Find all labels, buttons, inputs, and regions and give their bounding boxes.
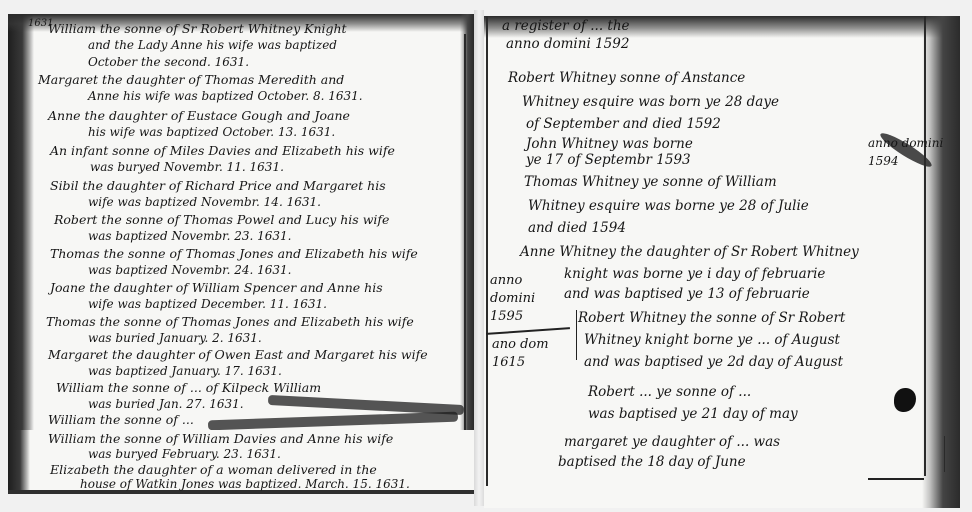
entry-line: was buried Jan. 27. 1631. [88,397,244,411]
entry-line: Margaret the daughter of Thomas Meredith… [38,72,344,87]
entry-line: Whitney esquire was born ye 28 daye [522,94,779,110]
left-page: 1631. William the sonne of Sr Robert Whi… [8,14,474,454]
register-spread: 1631. William the sonne of Sr Robert Whi… [0,0,972,512]
entry-bracket [576,310,577,360]
right-page: a register of ... the anno domini 1592 R… [484,16,960,508]
entry-line: wife was baptized December. 11. 1631. [88,297,327,311]
left-page-bottom: William the sonne of William Davies and … [8,430,474,494]
entry-line: was baptized January. 17. 1631. [88,364,282,378]
margin-rule [486,327,570,334]
entry-line: Joane the daughter of William Spencer an… [50,280,383,295]
margin-note-ano-dom: ano dom 1615 [492,336,549,372]
entry-line: Thomas the sonne of Thomas Jones and Eli… [46,314,414,329]
entry-line: Thomas the sonne of Thomas Jones and Eli… [50,246,418,261]
entry-line: Robert the sonne of Thomas Powel and Luc… [54,212,389,227]
entry-line: was buried January. 2. 1631. [88,331,262,345]
entry-line: his wife was baptized October. 13. 1631. [88,125,335,139]
side-note: anno domini 1594 [868,134,960,170]
entry-line: William the sonne of Sr Robert Whitney K… [48,21,347,36]
entry-line: William the sonne of ... of Kilpeck Will… [56,380,321,395]
entry-line: Robert Whitney sonne of Anstance [508,70,745,86]
entry-line: knight was borne ye i day of februarie [564,266,825,282]
entry-line: house of Watkin Jones was baptized. Marc… [80,477,410,491]
entry-line: Thomas Whitney ye sonne of William [524,174,777,190]
entry-line: and the Lady Anne his wife was baptized [88,38,337,52]
entry-line: Whitney esquire was borne ye 28 of Julie [528,198,809,214]
entry-line: was baptized Novembr. 23. 1631. [88,229,291,243]
margin-note-anno: anno domini 1595 [490,272,535,326]
worn-edge-right [922,16,960,508]
entry-line: wife was baptized Novembr. 14. 1631. [88,195,321,209]
page-rule [868,478,924,480]
margin-text: ano dom [492,336,549,354]
entry-line: baptised the 18 day of June [558,454,746,470]
entry-line: Robert Whitney the sonne of Sr Robert [578,310,845,326]
page-rule [944,436,945,472]
entry-line: Margaret the daughter of Owen East and M… [48,347,428,362]
entry-line: Whitney knight borne ye ... of August [584,332,840,348]
margin-text: 1595 [490,308,535,326]
page-rule [486,16,488,486]
ink-blot [894,388,916,412]
worn-edge-left [8,430,30,494]
entry-line: anno domini 1592 [506,36,629,52]
entry-line: was baptised ye 21 day of may [588,406,798,422]
entry-line: Anne Whitney the daughter of Sr Robert W… [520,244,859,260]
entry-line: and died 1594 [528,220,626,236]
entry-line: and was baptised ye 2d day of August [584,354,843,370]
entry-line: John Whitney was borne [526,136,693,152]
margin-text: 1615 [492,354,549,372]
entry-line: was baptized Novembr. 24. 1631. [88,263,291,277]
entry-line: of September and died 1592 [526,116,721,132]
entry-line: was buryed Novembr. 11. 1631. [90,160,284,174]
entry-line: William the sonne of ... [48,412,194,427]
entry-line: Robert ... ye sonne of ... [588,384,751,400]
entry-line: An infant sonne of Miles Davies and Eliz… [50,143,395,158]
entry-line: Anne the daughter of Eustace Gough and J… [48,108,350,123]
margin-text: domini [490,290,535,308]
entry-line: a register of ... the [502,18,630,34]
entry-line: and was baptised ye 13 of februarie [564,286,810,302]
entry-line: Anne his wife was baptized October. 8. 1… [88,89,363,103]
entry-line: Elizabeth the daughter of a woman delive… [50,462,377,477]
entry-line: was buryed February. 23. 1631. [88,447,281,461]
entry-line: William the sonne of William Davies and … [48,431,393,446]
entry-line: margaret ye daughter of ... was [564,434,780,450]
book-gutter [474,10,484,506]
entry-line: Sibil the daughter of Richard Price and … [50,178,386,193]
entry-line: October the second. 1631. [88,55,249,69]
page-rule [924,16,926,476]
left-entries: William the sonne of Sr Robert Whitney K… [8,14,474,454]
margin-text: anno [490,272,535,290]
entry-line: ye 17 of Septembr 1593 [526,152,691,168]
